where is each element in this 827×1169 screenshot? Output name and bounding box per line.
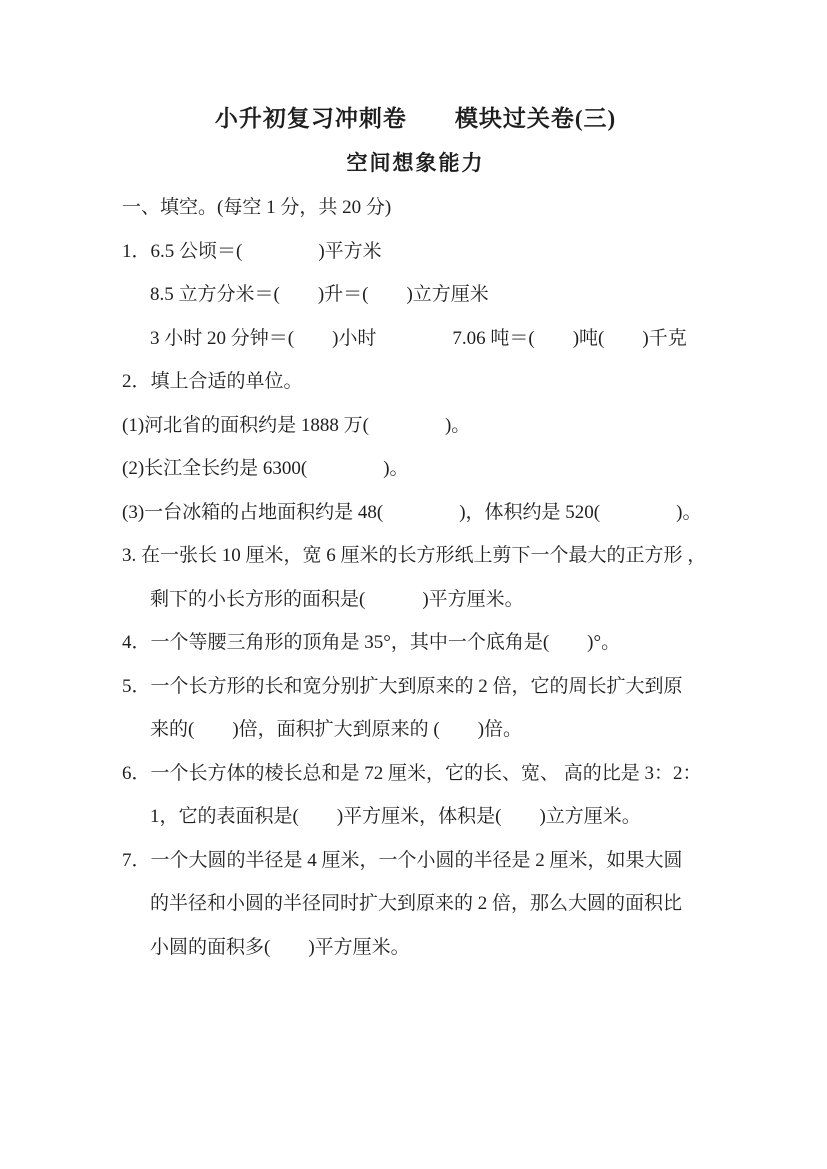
question-3-line-1: 3. 在一张长 10 厘米，宽 6 厘米的长方形纸上剪下一个最大的正方形 ， — [122, 534, 709, 578]
question-2-item-2: (2)长江全长约是 6300( )。 — [122, 447, 709, 491]
question-1-line-2: 8.5 立方分米＝( )升＝( )立方厘米 — [150, 273, 709, 317]
question-4-line-1: 4．一个等腰三角形的顶角是 35°，其中一个底角是( )°。 — [122, 621, 709, 665]
question-1-line-1: 1．6.5 公顷＝( )平方米 — [122, 230, 709, 274]
section-heading: 一、填空。(每空 1 分，共 20 分) — [122, 186, 709, 230]
question-2-heading: 2．填上合适的单位。 — [122, 360, 709, 404]
question-2-item-3: (3)一台冰箱的占地面积约是 48( )，体积约是 520( )。 — [122, 491, 709, 535]
question-6-line-2: 1，它的表面积是( )平方厘米，体积是( )立方厘米。 — [150, 795, 709, 839]
question-7-line-1: 7．一个大圆的半径是 4 厘米，一个小圆的半径是 2 厘米，如果大圆 — [122, 839, 709, 883]
worksheet-page: 小升初复习冲刺卷 模块过关卷(三) 空间想象能力 一、填空。(每空 1 分，共 … — [0, 0, 827, 1169]
question-1-line-3: 3 小时 20 分钟＝( )小时 7.06 吨＝( )吨( )千克 — [150, 317, 709, 361]
question-3-line-2: 剩下的小长方形的面积是( )平方厘米。 — [150, 578, 709, 622]
question-7-line-3: 小圆的面积多( )平方厘米。 — [150, 926, 709, 970]
question-7-line-2: 的半径和小圆的半径同时扩大到原来的 2 倍，那么大圆的面积比 — [150, 882, 709, 926]
question-6-line-1: 6．一个长方体的棱长总和是 72 厘米，它的长、宽、 高的比是 3：2： — [122, 752, 709, 796]
question-5-line-1: 5．一个长方形的长和宽分别扩大到原来的 2 倍，它的周长扩大到原 — [122, 665, 709, 709]
page-title: 小升初复习冲刺卷 模块过关卷(三) — [122, 96, 709, 141]
question-2-item-1: (1)河北省的面积约是 1888 万( )。 — [122, 404, 709, 448]
question-5-line-2: 来的( )倍，面积扩大到原来的 ( )倍。 — [150, 708, 709, 752]
page-subtitle: 空间想象能力 — [122, 141, 709, 186]
